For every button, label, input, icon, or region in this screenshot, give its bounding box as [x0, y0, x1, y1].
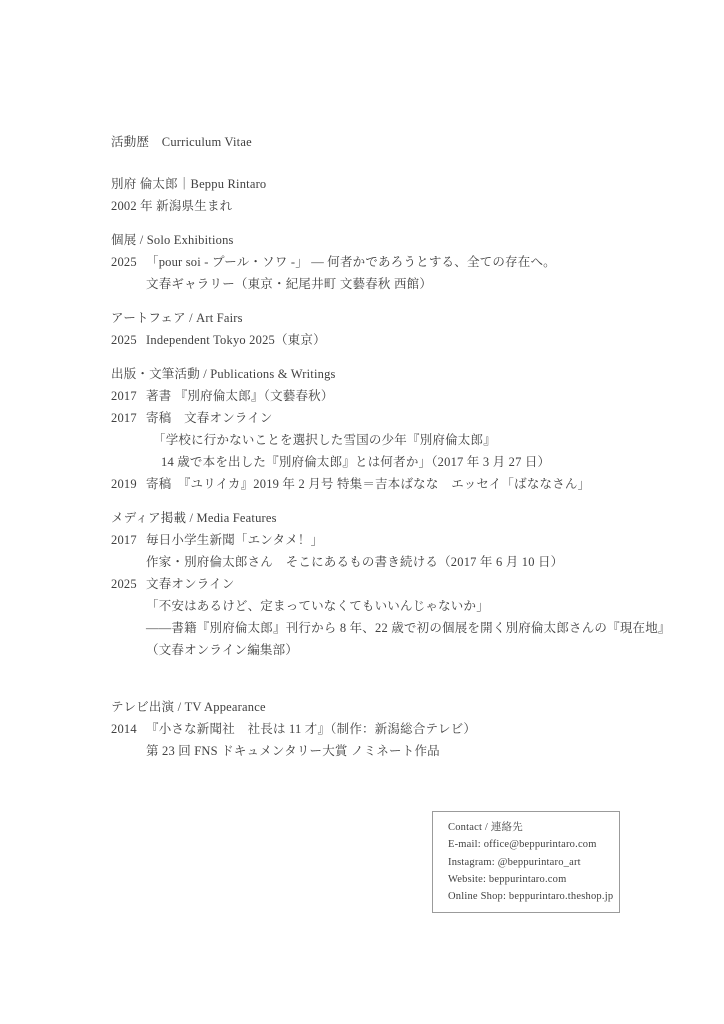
entry-text: 作家・別府倫太郎さん そこにあるもの書き続ける（2017 年 6 月 10 日）: [146, 555, 563, 569]
entry-year: 2025: [111, 251, 146, 273]
entry-text: 文春ギャラリー（東京・紀尾井町 文藝春秋 西館）: [146, 277, 432, 291]
entry-year: 2017: [111, 529, 146, 551]
entry-year: 2017: [111, 385, 146, 407]
entry-text: ――書籍『別府倫太郎』刊行から 8 年、22 歳で初の個展を開く別府倫太郎さんの…: [146, 621, 671, 635]
section-solo-exhibitions: 個展 / Solo Exhibitions 2025「pour soi - プー…: [111, 229, 671, 295]
section-heading: メディア掲載 / Media Features: [111, 507, 671, 529]
cv-page: 活動歴 Curriculum Vitae 別府 倫太郎｜Beppu Rintar…: [0, 0, 724, 1024]
profile-birth: 2002 年 新潟県生まれ: [111, 195, 671, 217]
section-art-fairs: アートフェア / Art Fairs 2025Independent Tokyo…: [111, 307, 671, 351]
cv-content: 活動歴 Curriculum Vitae 別府 倫太郎｜Beppu Rintar…: [111, 131, 671, 762]
profile-name: 別府 倫太郎｜Beppu Rintaro: [111, 173, 671, 195]
entry-text: 第 23 回 FNS ドキュメンタリー大賞 ノミネート作品: [146, 744, 440, 758]
section-heading: 出版・文筆活動 / Publications & Writings: [111, 363, 671, 385]
contact-website-line: Website: beppurintaro.com: [448, 871, 611, 888]
entry-text: 「学校に行かないことを選択した雪国の少年『別府倫太郎』: [153, 433, 496, 447]
section-heading: 個展 / Solo Exhibitions: [111, 229, 671, 251]
section-publications: 出版・文筆活動 / Publications & Writings 2017著書…: [111, 363, 671, 495]
section-tv-appearance: テレビ出演 / TV Appearance 2014『小さな新聞社 社長は 11…: [111, 696, 671, 762]
entry-text: 著書 『別府倫太郎』（文藝春秋）: [146, 389, 334, 403]
cv-row: 2019寄稿 『ユリイカ』2019 年 2 月号 特集＝吉本ばなな エッセイ「ば…: [111, 473, 671, 495]
contact-heading: Contact / 連絡先: [448, 819, 611, 836]
cv-row: 作家・別府倫太郎さん そこにあるもの書き続ける（2017 年 6 月 10 日）: [111, 551, 671, 573]
cv-row: 2014『小さな新聞社 社長は 11 才』（制作：新潟総合テレビ）: [111, 718, 671, 740]
cv-row: 14 歳で本を出した『別府倫太郎』とは何者か」（2017 年 3 月 27 日）: [111, 451, 671, 473]
entry-text: 文春オンライン: [146, 577, 235, 591]
cv-row: 2025Independent Tokyo 2025（東京）: [111, 329, 671, 351]
cv-row: （文春オンライン編集部）: [111, 639, 671, 661]
page-title: 活動歴 Curriculum Vitae: [111, 131, 671, 153]
entry-text: 「不安はあるけど、定まっていなくてもいいんじゃないか」: [146, 599, 489, 613]
entry-year: 2025: [111, 329, 146, 351]
contact-instagram-line: Instagram: @beppurintaro_art: [448, 854, 611, 871]
contact-email-line: E-mail: office@beppurintaro.com: [448, 836, 611, 853]
cv-row: 「学校に行かないことを選択した雪国の少年『別府倫太郎』: [111, 429, 671, 451]
cv-row: 2017寄稿 文春オンライン: [111, 407, 671, 429]
entry-year: 2025: [111, 573, 146, 595]
cv-row: 文春ギャラリー（東京・紀尾井町 文藝春秋 西館）: [111, 273, 671, 295]
cv-row: 第 23 回 FNS ドキュメンタリー大賞 ノミネート作品: [111, 740, 671, 762]
profile-block: 別府 倫太郎｜Beppu Rintaro 2002 年 新潟県生まれ: [111, 173, 671, 217]
cv-row: ――書籍『別府倫太郎』刊行から 8 年、22 歳で初の個展を開く別府倫太郎さんの…: [111, 617, 671, 639]
entry-text: （文春オンライン編集部）: [146, 643, 298, 657]
entry-year: 2014: [111, 718, 146, 740]
cv-row: 2025文春オンライン: [111, 573, 671, 595]
entry-text: 毎日小学生新聞「エンタメ！」: [146, 533, 323, 547]
entry-text: 寄稿 『ユリイカ』2019 年 2 月号 特集＝吉本ばなな エッセイ「ばななさん…: [146, 477, 590, 491]
section-heading: アートフェア / Art Fairs: [111, 307, 671, 329]
entry-year: 2017: [111, 407, 146, 429]
entry-text: 『小さな新聞社 社長は 11 才』（制作：新潟総合テレビ）: [146, 722, 476, 736]
entry-text: Independent Tokyo 2025（東京）: [146, 333, 326, 347]
cv-row: 2025「pour soi - プール・ソワ -」 ― 何者かであろうとする、全…: [111, 251, 671, 273]
entry-text: 「pour soi - プール・ソワ -」 ― 何者かであろうとする、全ての存在…: [146, 255, 556, 269]
entry-year: 2019: [111, 473, 146, 495]
cv-row: 2017著書 『別府倫太郎』（文藝春秋）: [111, 385, 671, 407]
contact-shop-line: Online Shop: beppurintaro.theshop.jp: [448, 888, 611, 905]
entry-text: 寄稿 文春オンライン: [146, 411, 273, 425]
section-heading: テレビ出演 / TV Appearance: [111, 696, 671, 718]
contact-box: Contact / 連絡先 E-mail: office@beppurintar…: [432, 811, 620, 913]
cv-row: 2017毎日小学生新聞「エンタメ！」: [111, 529, 671, 551]
entry-text: 14 歳で本を出した『別府倫太郎』とは何者か」（2017 年 3 月 27 日）: [161, 455, 550, 469]
cv-row: 「不安はあるけど、定まっていなくてもいいんじゃないか」: [111, 595, 671, 617]
section-media-features: メディア掲載 / Media Features 2017毎日小学生新聞「エンタメ…: [111, 507, 671, 661]
